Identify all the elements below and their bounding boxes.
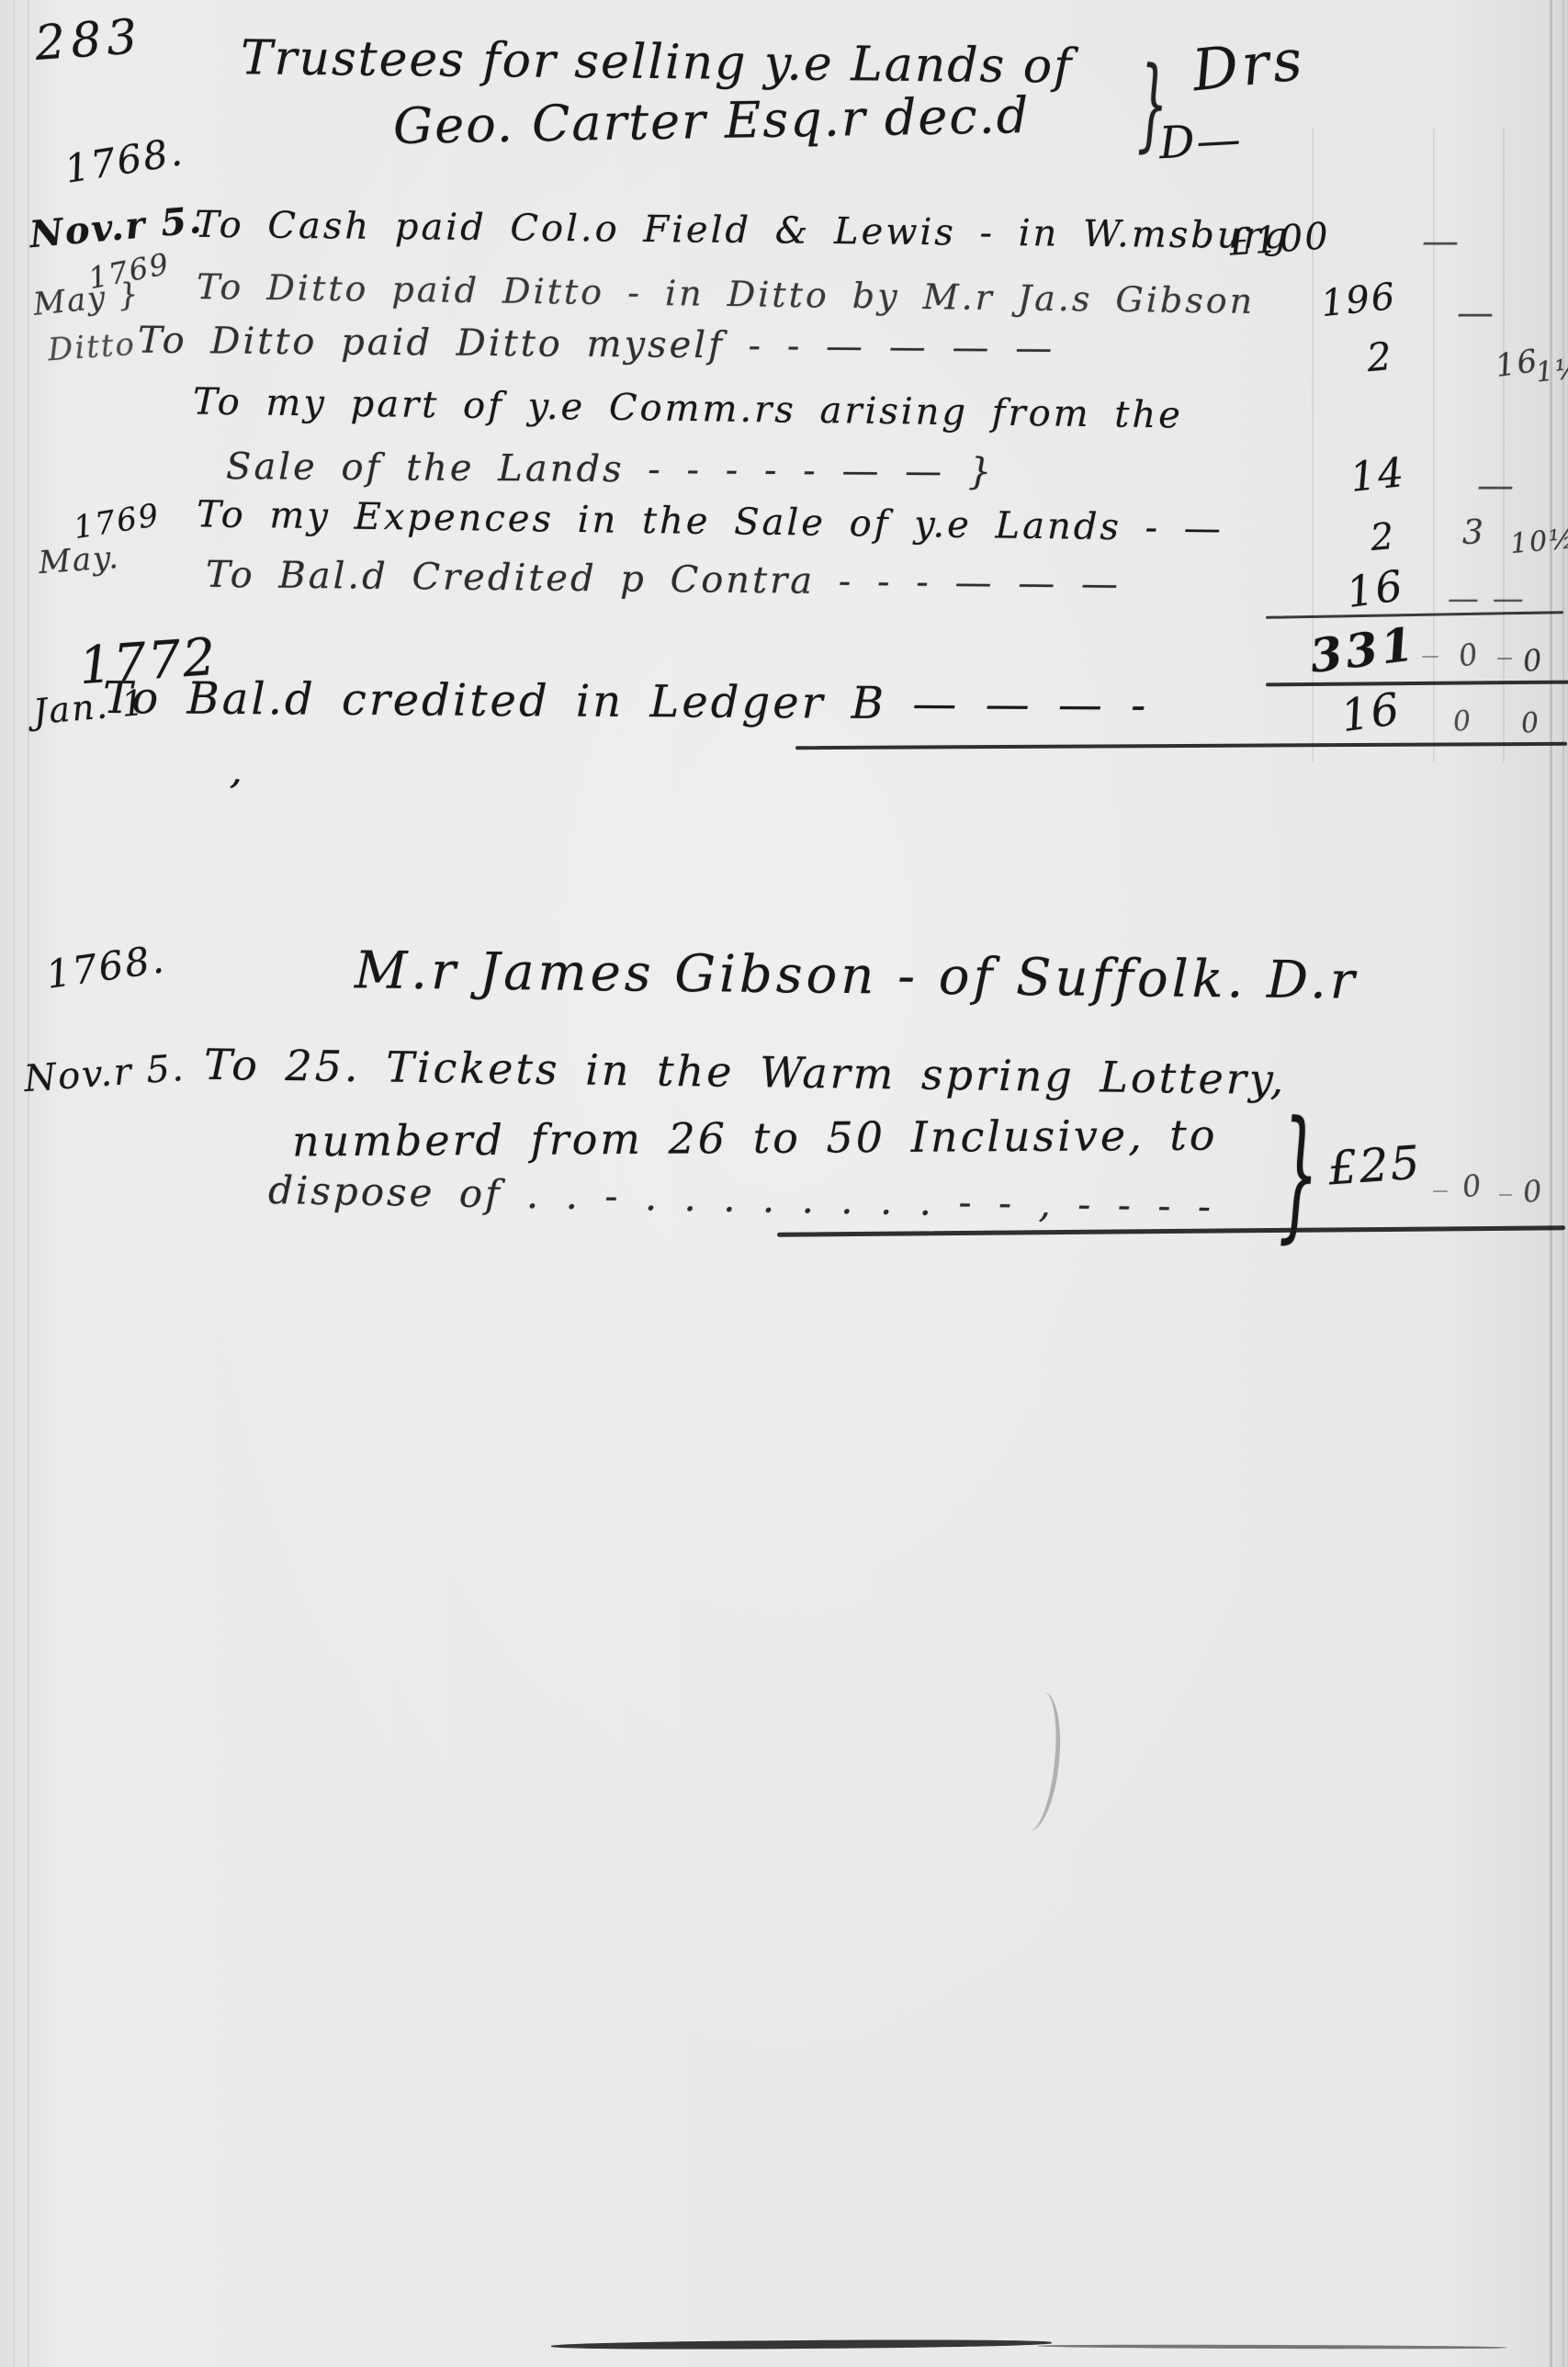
entry5-shillings: 3	[1462, 514, 1485, 552]
entry4-desc-line1: To my part of y.e Comm.rs arising from t…	[193, 380, 1183, 436]
entry1-pounds: £100	[1228, 215, 1332, 265]
total-pence: 0	[1521, 642, 1545, 679]
bleed-through-bracket	[1014, 1690, 1066, 1832]
account2-dash-1	[1433, 1190, 1448, 1192]
entry3-date: Ditto	[47, 326, 137, 369]
total-shillings: 0	[1456, 636, 1483, 673]
account2-dash-2	[1499, 1194, 1512, 1196]
account1-year-heading: 1768.	[62, 129, 186, 192]
entry6-pounds: 16	[1344, 560, 1407, 617]
account2-entry-pence: 0	[1521, 1173, 1545, 1210]
money-column-rule-pence	[1503, 129, 1505, 762]
entry5-pounds: 2	[1369, 515, 1397, 559]
account2-entry-pounds: £25	[1326, 1136, 1423, 1196]
page-number: 283	[33, 9, 144, 72]
left-crease-line-2	[13, 0, 15, 2367]
entry1772-shillings: 0	[1452, 704, 1474, 738]
account1-title-line1: Trustees for selling y.e Lands of	[241, 30, 1074, 94]
entry2-date: May }	[31, 276, 141, 323]
account2-entry-line3: dispose of . . - . . . . . . . . - - , -…	[268, 1167, 1214, 1229]
entry3-pounds: 2	[1365, 333, 1395, 380]
ledger-scan: 283 Trustees for selling y.e Lands of } …	[0, 0, 1568, 2367]
account2-title: M.r James Gibson - of Suffolk. D.r	[355, 941, 1359, 1010]
entry4-pounds: 14	[1348, 449, 1407, 502]
account2-year-heading: 1768.	[43, 936, 168, 998]
entry5-pence: 10½	[1509, 523, 1568, 560]
entry4-shillings: —	[1477, 465, 1516, 507]
total-dash-2	[1497, 658, 1512, 659]
bottom-edge-smudge-2	[1038, 2344, 1506, 2350]
total-dash-1	[1422, 656, 1438, 658]
entry2-desc: To Ditto paid Ditto - in Ditto by M.r Ja…	[197, 266, 1256, 321]
left-crease-line	[28, 0, 29, 2367]
account2-entry-line2: numberd from 26 to 50 Inclusive, to	[292, 1110, 1218, 1166]
total-pounds: 331	[1307, 616, 1420, 683]
entry1-desc: To Cash paid Col.o Field & Lewis - in W.…	[195, 204, 1291, 257]
entry5-date: May.	[38, 539, 121, 581]
stray-ink-mark: ’	[224, 771, 245, 819]
entry2-pounds: 196	[1319, 276, 1399, 325]
entry1-date: Nov.r 5.	[28, 198, 205, 256]
entry1772-pence: 0	[1520, 706, 1542, 740]
account1-debit-dash: D—	[1158, 114, 1244, 170]
account2-entry-line1: To 25. Tickets in the Warm spring Lotter…	[204, 1040, 1287, 1104]
entry3-pence: 1½	[1534, 352, 1568, 389]
bottom-edge-smudge	[551, 2339, 1052, 2350]
entry1-shillings: —	[1422, 220, 1461, 263]
entry6-desc: To Bal.d Credited p Contra - - - — — —	[206, 554, 1121, 605]
account1-title-line2: Geo. Carter Esq.r dec.d	[393, 86, 1031, 155]
entry2-shillings: —	[1457, 292, 1495, 334]
entry3-shillings: 16	[1493, 343, 1540, 385]
account1-debit-abbrev: Drs	[1190, 26, 1309, 104]
entry1772-desc: To Bal.d credited in Ledger B — — — -	[103, 672, 1149, 731]
entry1772-pounds: 16	[1337, 683, 1404, 743]
entry5-desc: To my Expences in the Sale of y.e Lands …	[197, 493, 1224, 550]
entry3-desc: To Ditto paid Ditto myself - - — — — —	[138, 320, 1055, 370]
account2-entry-shillings: 0	[1460, 1167, 1484, 1205]
account2-entry-date: Nov.r 5.	[23, 1047, 186, 1100]
entry4-desc-line2: Sale of the Lands - - - - - — — }	[226, 445, 995, 493]
entry1772-underline	[795, 742, 1567, 750]
